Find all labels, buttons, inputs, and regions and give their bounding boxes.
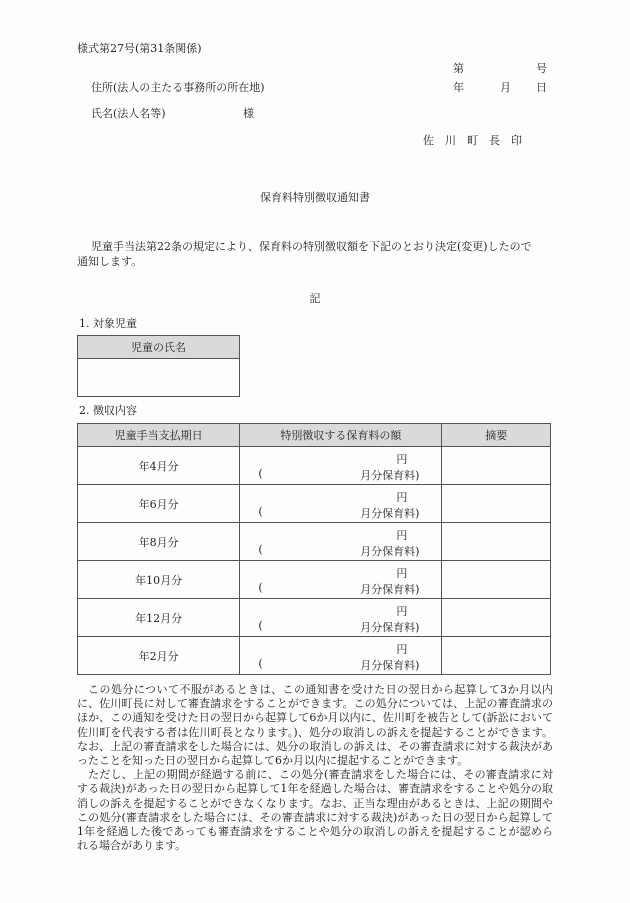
child-table: 児童の氏名 — [77, 335, 240, 397]
col-remarks: 摘要 — [442, 424, 551, 447]
appeal-notice: この処分について不服があるときは、この通知書を受けた日の翌日から起算して3か月以… — [77, 683, 553, 853]
table-row: 年10月分 円(月分保育料) — [78, 561, 551, 599]
amount-cell[interactable]: 円(月分保育料) — [240, 523, 442, 561]
name-label: 氏名(法人名等) — [91, 107, 166, 121]
paren-open: ( — [258, 581, 262, 594]
period-cell: 年8月分 — [78, 523, 240, 561]
month-fee-label: 月分保育料) — [360, 505, 419, 521]
amount-cell[interactable]: 円(月分保育料) — [240, 637, 442, 675]
intro-line2: 通知します。 — [77, 255, 142, 269]
doc-no-prefix: 第 — [453, 62, 464, 76]
remarks-cell[interactable] — [442, 599, 551, 637]
date-year: 年 — [453, 81, 464, 95]
yen-label: 円 — [396, 527, 407, 543]
month-fee-label: 月分保育料) — [360, 467, 419, 483]
period-cell: 年12月分 — [78, 599, 240, 637]
table-row: 年12月分 円(月分保育料) — [78, 599, 551, 637]
doc-no-suffix: 号 — [536, 62, 547, 76]
document-title: 保育料特別徴収通知書 — [0, 191, 630, 205]
month-fee-label: 月分保育料) — [360, 619, 419, 635]
paren-open: ( — [258, 657, 262, 670]
appeal-notice-para2: ただし、上記の期間が経過する前に、この処分(審査請求をした場合には、その審査請求… — [77, 768, 553, 853]
section1-heading: 1. 対象児童 — [79, 317, 137, 331]
form-number: 様式第27号(第31条関係) — [77, 42, 202, 56]
appeal-notice-para1: この処分について不服があるときは、この通知書を受けた日の翌日から起算して3か月以… — [77, 683, 553, 768]
remarks-cell[interactable] — [442, 561, 551, 599]
amount-cell[interactable]: 円(月分保育料) — [240, 447, 442, 485]
child-name-header: 児童の氏名 — [78, 336, 240, 359]
remarks-cell[interactable] — [442, 485, 551, 523]
yen-label: 円 — [396, 603, 407, 619]
month-fee-label: 月分保育料) — [360, 543, 419, 559]
paren-open: ( — [258, 619, 262, 632]
remarks-cell[interactable] — [442, 447, 551, 485]
amount-cell[interactable]: 円(月分保育料) — [240, 485, 442, 523]
period-cell: 年10月分 — [78, 561, 240, 599]
date-day: 日 — [536, 81, 547, 95]
ki-heading: 記 — [0, 292, 630, 306]
month-fee-label: 月分保育料) — [360, 581, 419, 597]
remarks-cell[interactable] — [442, 637, 551, 675]
col-amount: 特別徴収する保育料の額 — [240, 424, 442, 447]
paren-open: ( — [258, 467, 262, 480]
section2-heading: 2. 徴収内容 — [79, 404, 137, 418]
amount-cell[interactable]: 円(月分保育料) — [240, 599, 442, 637]
col-payment-date: 児童手当支払期日 — [78, 424, 240, 447]
yen-label: 円 — [396, 565, 407, 581]
honorific: 様 — [243, 107, 254, 121]
collection-table: 児童手当支払期日 特別徴収する保育料の額 摘要 年4月分 円(月分保育料) 年6… — [77, 423, 551, 675]
table-row: 年4月分 円(月分保育料) — [78, 447, 551, 485]
yen-label: 円 — [396, 489, 407, 505]
period-cell: 年4月分 — [78, 447, 240, 485]
remarks-cell[interactable] — [442, 523, 551, 561]
period-cell: 年2月分 — [78, 637, 240, 675]
yen-label: 円 — [396, 451, 407, 467]
issuer-seal: 佐 川 町 長 印 — [423, 134, 522, 148]
date-month: 月 — [500, 81, 511, 95]
table-row: 年8月分 円(月分保育料) — [78, 523, 551, 561]
table-row: 年6月分 円(月分保育料) — [78, 485, 551, 523]
table-row: 年2月分 円(月分保育料) — [78, 637, 551, 675]
child-name-cell[interactable] — [78, 359, 240, 397]
paren-open: ( — [258, 505, 262, 518]
yen-label: 円 — [396, 641, 407, 657]
address-label: 住所(法人の主たる事務所の所在地) — [91, 81, 265, 95]
paren-open: ( — [258, 543, 262, 556]
amount-cell[interactable]: 円(月分保育料) — [240, 561, 442, 599]
intro-line1: 児童手当法第22条の規定により、保育料の特別徴収額を下記のとおり決定(変更)した… — [91, 240, 532, 254]
month-fee-label: 月分保育料) — [360, 657, 419, 673]
period-cell: 年6月分 — [78, 485, 240, 523]
